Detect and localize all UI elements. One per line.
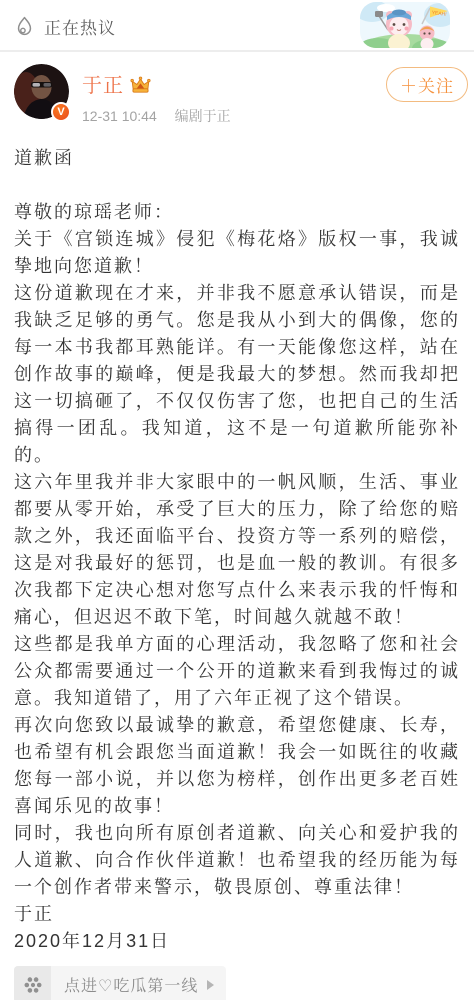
topic-badge-label: 点进♡吃瓜第一线	[51, 973, 207, 996]
author-name[interactable]: 于正	[82, 69, 124, 98]
trending-topbar[interactable]: 正在热议 YEAH!	[0, 0, 474, 52]
crown-icon	[130, 76, 151, 94]
trending-label: 正在热议	[44, 14, 116, 39]
post-title: 道歉函	[14, 145, 460, 172]
post-body-text: 尊敬的琼瑶老师： 关于《宫锁连城》侵犯《梅花烙》版权一事，我诚挚地向您道歉！ 这…	[14, 199, 460, 955]
post-timestamp: 12-31 10:44	[82, 108, 157, 124]
topic-badge-iconbox	[14, 966, 51, 1000]
post-meta: 12-31 10:44 编剧于正	[82, 106, 231, 126]
mascot-illustration: YEAH!	[360, 2, 450, 48]
post-header: V 于正 12-31 10:44 编剧于正 ＋关注	[14, 64, 460, 126]
avatar[interactable]: V	[14, 64, 69, 119]
verified-v-icon: V	[51, 102, 71, 122]
topic-badge[interactable]: 点进♡吃瓜第一线	[14, 966, 226, 1000]
post-source: 编剧于正	[175, 108, 231, 124]
triangle-right-icon	[207, 980, 214, 990]
dot-flower-icon	[23, 975, 43, 995]
post-card: V 于正 12-31 10:44 编剧于正 ＋关注 道歉函 尊敬的琼	[0, 52, 474, 1000]
author-info: 于正 12-31 10:44 编剧于正	[82, 64, 231, 126]
flame-icon	[14, 15, 35, 38]
follow-button[interactable]: ＋关注	[386, 67, 468, 102]
